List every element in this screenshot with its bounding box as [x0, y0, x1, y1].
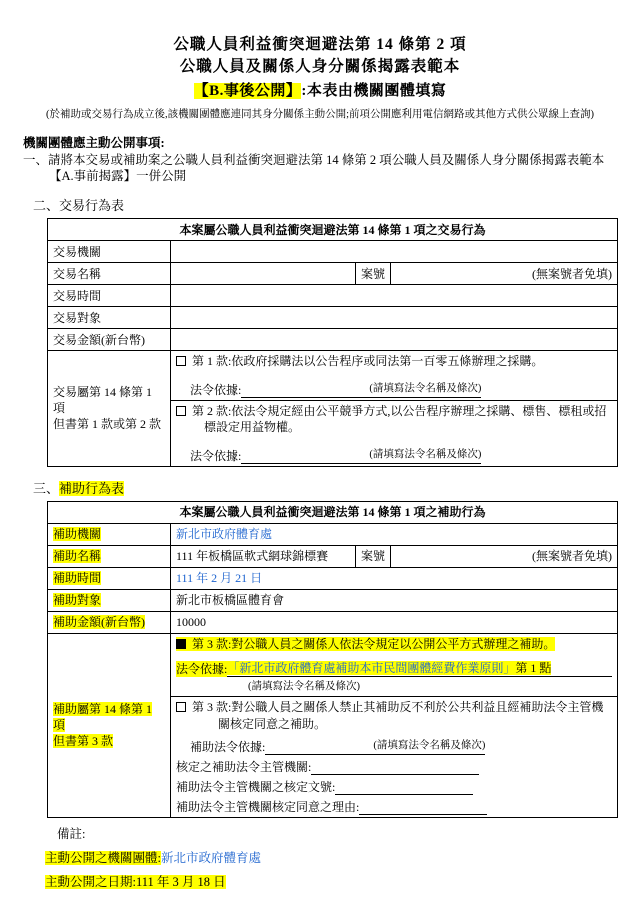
subsidy-option-2-text: 第 3 款:對公職人員之關係人禁止其補助反不利於公共利益且經補助法令主管機關核定…: [192, 700, 603, 731]
trade-table-caption: 本案屬公職人員利益衝突迴避法第 14 條第 1 項之交易行為: [48, 219, 618, 241]
trade-option-1-text: 第 1 款:依政府採購法以公告程序或同法第一百零五條辦理之採購。: [192, 354, 543, 368]
subsidy-table-caption: 本案屬公職人員利益衝突迴避法第 14 條第 1 項之補助行為: [48, 501, 618, 523]
approve-organ-line: 核定之補助法令主管機關:: [176, 758, 612, 775]
approve-organ-label: 核定之補助法令主管機關:: [176, 760, 311, 774]
subsidy-amount-label: 補助金額(新台幣): [48, 611, 171, 633]
subsidy-option-2-cell: 第 3 款:對公職人員之關係人禁止其補助反不利於公共利益且經補助法令主管機關核定…: [171, 697, 618, 818]
table-row: 補助金額(新台幣) 10000: [48, 611, 618, 633]
subsidy-organ-label: 補助機關: [48, 523, 171, 545]
table-row: 交易時間: [48, 285, 618, 307]
after-publication-tag: 【B.事後公開】: [194, 83, 302, 99]
table-row: 交易名稱 案號 (無案號者免填): [48, 263, 618, 285]
table-row: 交易對象: [48, 307, 618, 329]
publish-heading: 機關團體應主動公開事項:: [23, 135, 617, 151]
doc-title-line3: 【B.事後公開】:本表由機關團體填寫: [23, 81, 617, 102]
trade-case-hint: (無案號者免填): [391, 263, 618, 285]
subsidy-section-title: 補助行為表: [59, 481, 124, 496]
subsidy-target-value: 新北市板橋區體育會: [171, 589, 618, 611]
trade-case-label: 案號: [356, 263, 391, 285]
trade-option-2-law-line: 法令依據:(請填寫法令名稱及條次): [190, 445, 612, 464]
law-basis-value-underline: 「新北市政府體育處補助本市民間團體經費作業原則」第 1 點: [227, 660, 612, 677]
publisher-line: 主動公開之機關團體:新北市政府體育處: [45, 849, 617, 867]
subsidy-organ-value: 新北市政府體育處: [171, 523, 618, 545]
subsidy-option-1: 第 3 款:對公職人員之關係人依法令規定以公開公平方式辦理之補助。: [176, 636, 612, 653]
trade-option-1-law-line: 法令依據:(請填寫法令名稱及條次): [190, 379, 612, 398]
doc-title-line3-rest: :本表由機關團體填寫: [301, 83, 446, 99]
doc-title-line1: 公職人員利益衝突迴避法第 14 條第 2 項: [23, 34, 617, 56]
subsidy-law-line: 法令依據: 「新北市政府體育處補助本市民間團體經費作業原則」第 1 點: [176, 660, 612, 677]
subsidy-target-label: 補助對象: [48, 589, 171, 611]
law-basis-label: 法令依據:: [176, 661, 227, 677]
trade-time-label: 交易時間: [48, 285, 171, 307]
law-basis-hint: (請填寫法令名稱及條次): [369, 383, 481, 394]
law-basis-hint: (請填寫法令名稱及條次): [369, 449, 481, 460]
item-text: 請將本交易或補助案之公職人員利益衝突迴避法第 14 條第 2 項公職人員及關係人…: [48, 153, 604, 183]
table-row: 交易金額(新台幣): [48, 329, 618, 351]
subsidy-section-number: 三、: [33, 481, 59, 496]
table-row: 補助對象 新北市板橋區體育會: [48, 589, 618, 611]
subsidy-option-1-cell: 第 3 款:對公職人員之關係人依法令規定以公開公平方式辦理之補助。 法令依據: …: [171, 633, 618, 697]
table-row: 交易機關: [48, 241, 618, 263]
checkbox-unchecked-icon: [176, 702, 186, 712]
doc-title-line2: 公職人員及關係人身分關係揭露表範本: [23, 56, 617, 78]
law-basis-point: 第 1 點: [515, 661, 551, 675]
publish-date-line: 主動公開之日期:111 年 3 月 18 日: [45, 873, 617, 891]
publisher-label: 主動公開之機關團體:: [45, 851, 161, 865]
subsidy-time-label: 補助時間: [48, 567, 171, 589]
subsidy-case-hint: (無案號者免填): [391, 545, 618, 567]
subsidy-table: 本案屬公職人員利益衝突迴避法第 14 條第 1 項之補助行為 補助機關 新北市政…: [47, 501, 618, 819]
remark-label: 備註:: [57, 826, 617, 843]
trade-time-value: [171, 285, 618, 307]
approve-reason-line: 補助法令主管機關核定同意之理由:: [176, 798, 612, 815]
trade-section-title: 交易行為表: [59, 198, 124, 213]
subsidy-name-label: 補助名稱: [48, 545, 171, 567]
blank-underline: [311, 758, 479, 775]
subsidy-law2-hint: (請填寫法令名稱及條次): [373, 740, 485, 751]
blank-underline: (請填寫法令名稱及條次): [241, 379, 481, 398]
table-row: 補助時間 111 年 2 月 21 日: [48, 567, 618, 589]
subsidy-section-label: 三、補助行為表: [33, 480, 617, 497]
blank-underline: (請填寫法令名稱及條次): [265, 736, 485, 755]
subsidy-law2-line: 補助法令依據:(請填寫法令名稱及條次): [190, 736, 612, 755]
law-basis-value: 「新北市政府體育處補助本市民間團體經費作業原則」: [227, 661, 515, 675]
table-row: 補助屬第 14 條第 1 項 但書第 3 款 第 3 款:對公職人員之關係人依法…: [48, 633, 618, 697]
publish-date-label: 主動公開之日期:: [45, 875, 136, 889]
subsidy-case-label: 案號: [356, 545, 391, 567]
trade-option-1-cell: 第 1 款:依政府採購法以公告程序或同法第一百零五條辦理之採購。 法令依據:(請…: [171, 351, 618, 401]
checkbox-checked-icon: [176, 639, 186, 649]
document-page: 公職人員利益衝突迴避法第 14 條第 2 項 公職人員及關係人身分關係揭露表範本…: [0, 0, 640, 891]
blank-underline: (請填寫法令名稱及條次): [241, 445, 481, 464]
subsidy-option-2: 第 3 款:對公職人員之關係人禁止其補助反不利於公共利益且經補助法令主管機關核定…: [176, 699, 612, 732]
trade-table: 本案屬公職人員利益衝突迴避法第 14 條第 1 項之交易行為 交易機關 交易名稱…: [47, 218, 618, 467]
subsidy-time-value: 111 年 2 月 21 日: [171, 567, 618, 589]
blank-underline: [359, 798, 487, 815]
trade-option-2-text: 第 2 款:依法令規定經由公平競爭方式,以公告程序辦理之採購、標售、標租或招標設…: [192, 404, 606, 435]
subsidy-amount-value: 10000: [171, 611, 618, 633]
table-row: 補助名稱 111 年板橋區軟式網球錦標賽 案號 (無案號者免填): [48, 545, 618, 567]
trade-option-1: 第 1 款:依政府採購法以公告程序或同法第一百零五條辦理之採購。: [176, 353, 612, 370]
trade-clause-label: 交易屬第 14 條第 1 項 但書第 1 款或第 2 款: [48, 351, 171, 467]
approve-reason-label: 補助法令主管機關核定同意之理由:: [176, 800, 359, 814]
trade-clause-label-line2: 但書第 1 款或第 2 款: [53, 416, 165, 432]
blank-underline: [335, 778, 473, 795]
trade-option-2: 第 2 款:依法令規定經由公平競爭方式,以公告程序辦理之採購、標售、標租或招標設…: [176, 403, 612, 436]
trade-organ-label: 交易機關: [48, 241, 171, 263]
trade-name-value: [171, 263, 356, 285]
trade-organ-value: [171, 241, 618, 263]
trade-amount-value: [171, 329, 618, 351]
law-basis-label: 法令依據:: [190, 383, 241, 397]
law-basis-label: 法令依據:: [190, 449, 241, 463]
approve-doc-label: 補助法令主管機關之核定文號:: [176, 780, 335, 794]
law-basis-hint: (請填寫法令名稱及條次): [248, 679, 612, 694]
trade-target-label: 交易對象: [48, 307, 171, 329]
trade-name-label: 交易名稱: [48, 263, 171, 285]
approve-doc-line: 補助法令主管機關之核定文號:: [176, 778, 612, 795]
publish-date-value: 111 年 3 月 18 日: [136, 875, 226, 889]
checkbox-unchecked-icon: [176, 356, 186, 366]
item-number: 一、: [23, 153, 48, 167]
publish-item-1: 一、請將本交易或補助案之公職人員利益衝突迴避法第 14 條第 2 項公職人員及關…: [23, 153, 611, 184]
trade-target-value: [171, 307, 618, 329]
table-row: 補助機關 新北市政府體育處: [48, 523, 618, 545]
publisher-value: 新北市政府體育處: [161, 851, 261, 865]
subsidy-law2-label: 補助法令依據:: [190, 740, 265, 754]
subsidy-option-1-text: 第 3 款:對公職人員之關係人依法令規定以公開公平方式辦理之補助。: [192, 637, 555, 651]
trade-option-2-cell: 第 2 款:依法令規定經由公平競爭方式,以公告程序辦理之採購、標售、標租或招標設…: [171, 400, 618, 466]
checkbox-unchecked-icon: [176, 406, 186, 416]
trade-section-number: 二、: [33, 198, 59, 213]
subsidy-clause-label-line2: 但書第 3 款: [53, 734, 113, 748]
subsidy-clause-label-line1: 補助屬第 14 條第 1 項: [53, 702, 152, 732]
subsidy-clause-label: 補助屬第 14 條第 1 項 但書第 3 款: [48, 633, 171, 818]
trade-amount-label: 交易金額(新台幣): [48, 329, 171, 351]
subsidy-name-value: 111 年板橋區軟式網球錦標賽: [171, 545, 356, 567]
trade-section-label: 二、交易行為表: [33, 197, 617, 214]
table-row: 交易屬第 14 條第 1 項 但書第 1 款或第 2 款 第 1 款:依政府採購…: [48, 351, 618, 401]
header-note: (於補助或交易行為成立後,該機關團體應連同其身分關係主動公開;前項公開應利用電信…: [31, 107, 609, 122]
trade-clause-label-line1: 交易屬第 14 條第 1 項: [53, 384, 165, 416]
